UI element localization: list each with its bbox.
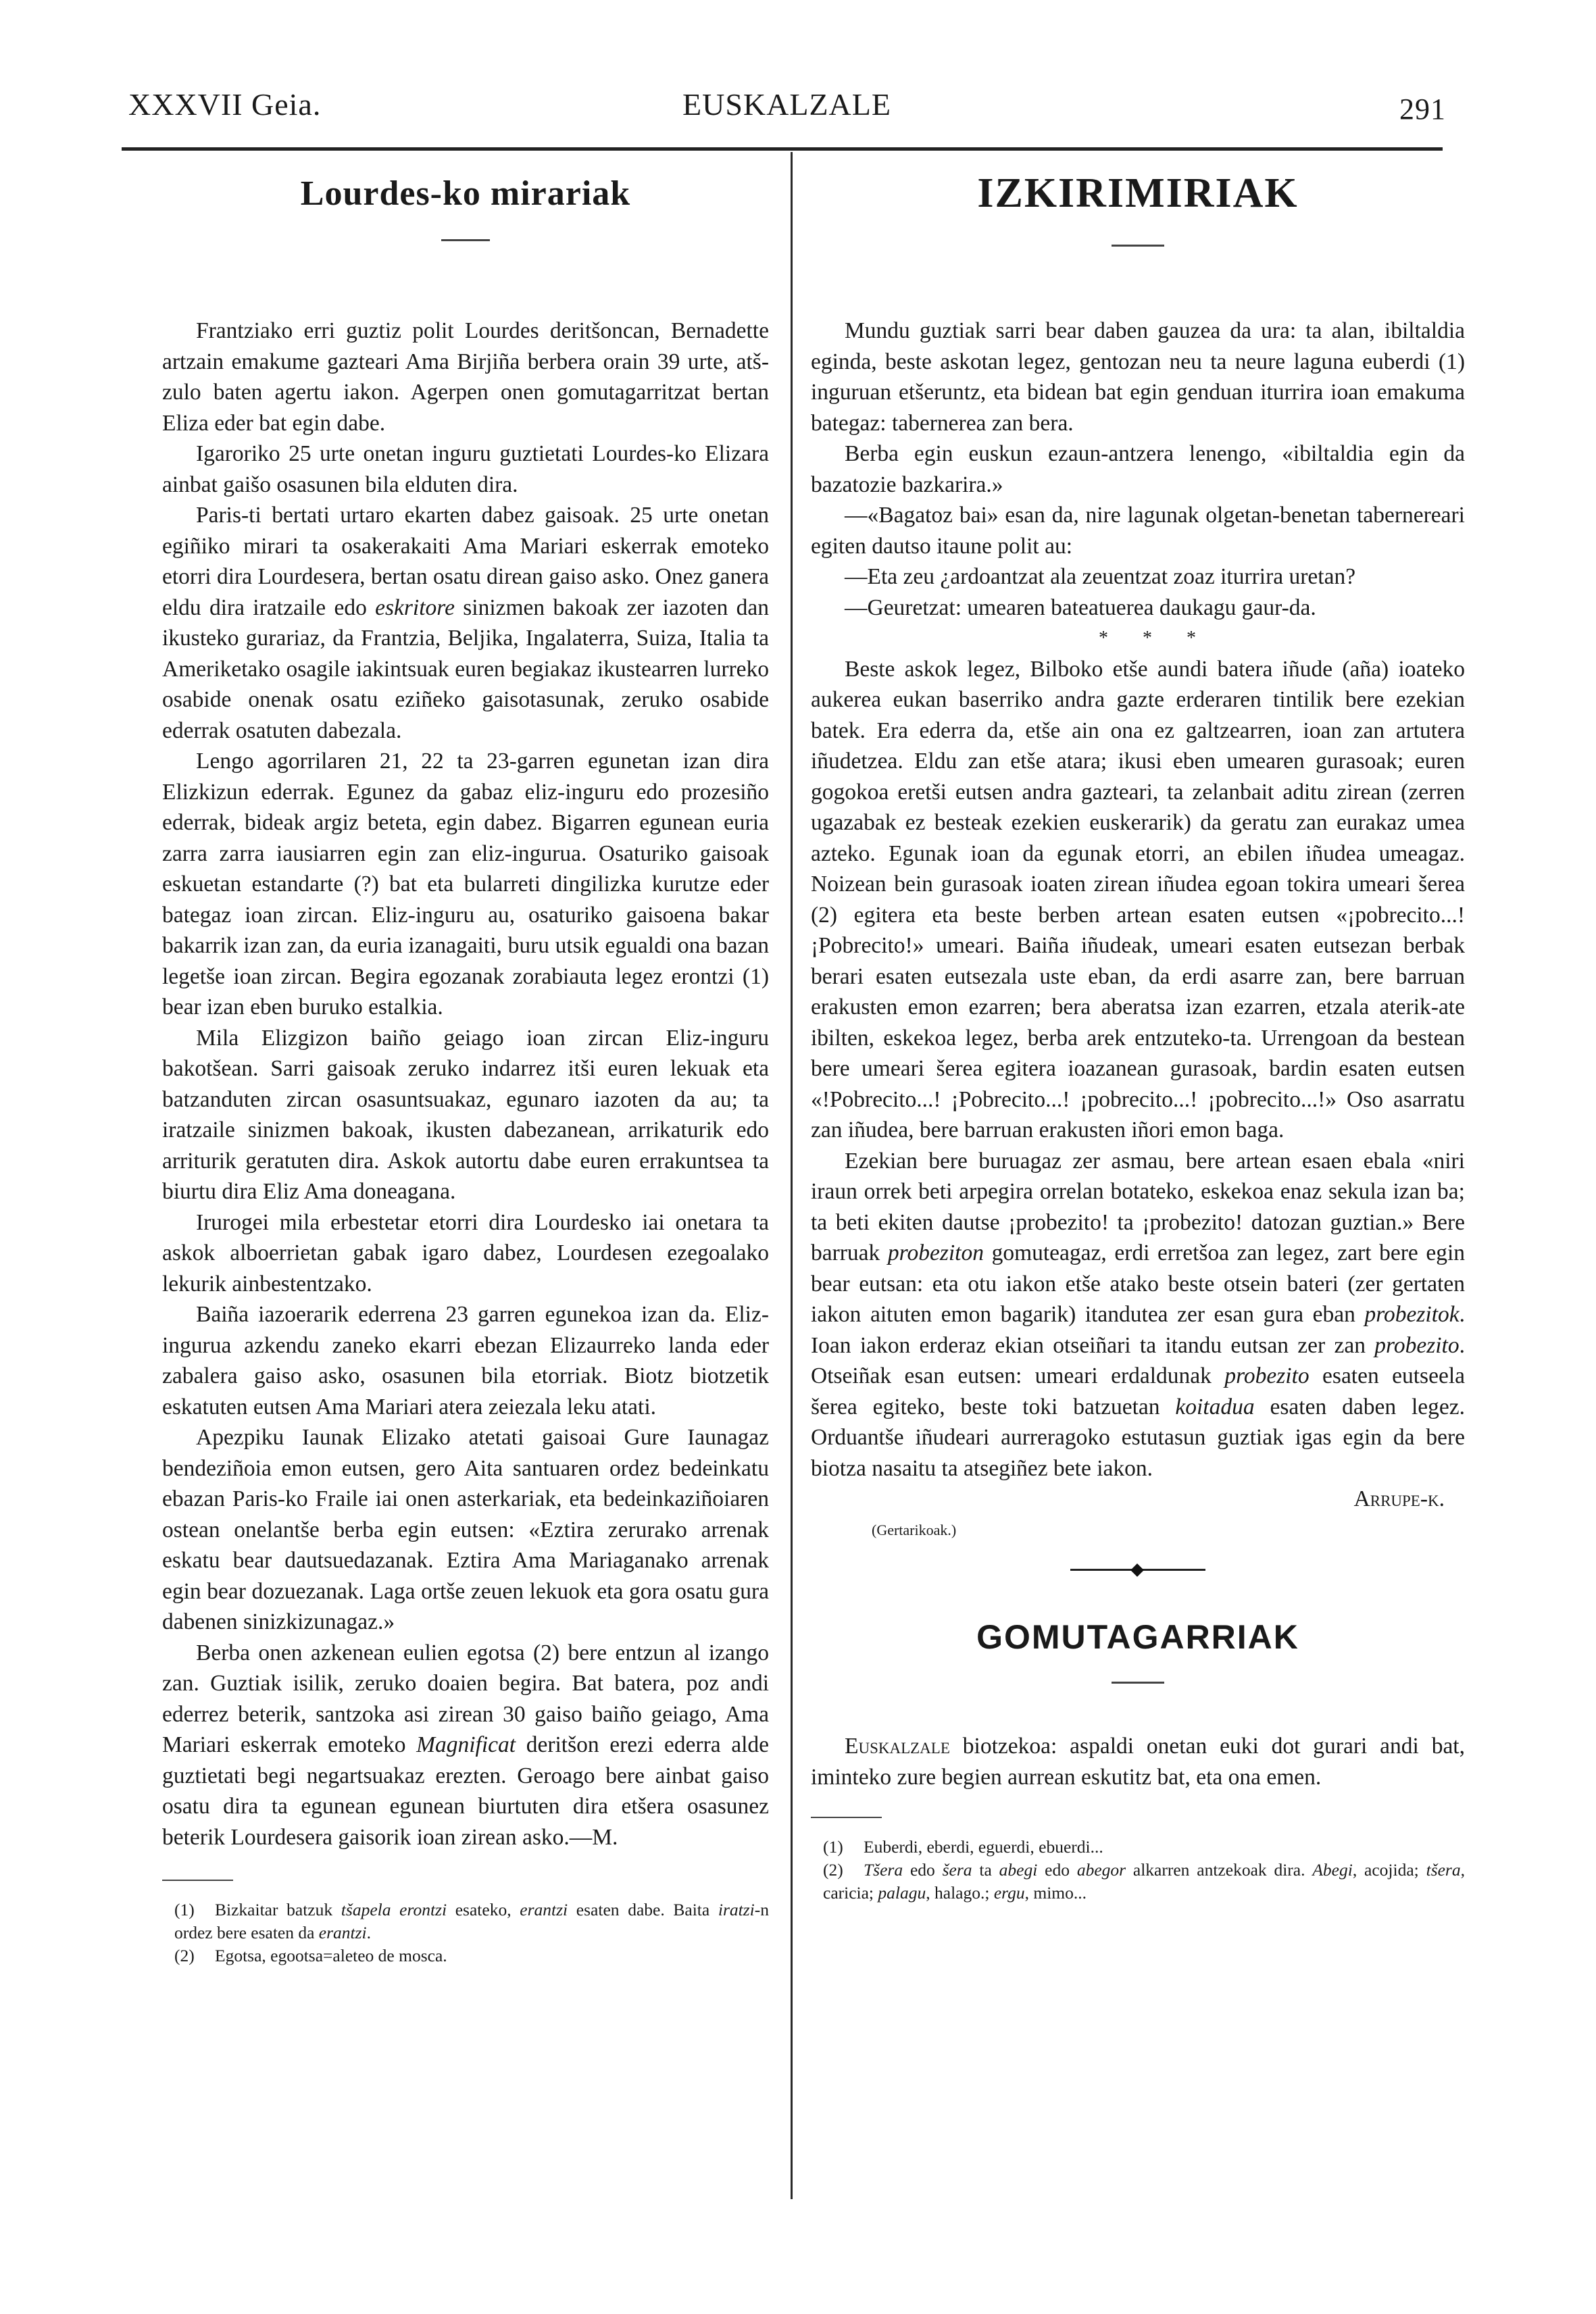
paragraph: Apezpiku Iaunak Elizako atetati gaisoai … [162,1422,769,1638]
header-rule [122,147,1443,151]
footnote-2: (2)Egotsa, egootsa=aleteo de mosca. [162,1944,769,1967]
article-title-izkirimiriak: IZKIRIMIRIAK [811,178,1465,232]
italic-term: Magnificat [416,1732,516,1757]
left-column: Lourdes-ko mirariak Frantziako erri guzt… [162,176,769,1967]
footnote-1: (1)Euberdi, eberdi, eguerdi, ebuerdi... [811,1836,1465,1859]
footnote-rule [162,1880,233,1881]
source-note: (Gertarikoak.) [811,1515,1465,1546]
ornament-divider [1070,1565,1205,1575]
paragraph: Ezekian bere buruagaz zer asmau, bere ar… [811,1146,1465,1484]
paragraph: Mundu guztiak sarri bear daben gauzea da… [811,316,1465,438]
italic-term: eskritore [375,595,455,620]
footnotes-left: (1)Bizkaitar batzuk tšapela erontzi esat… [162,1898,769,1967]
paragraph: Igaroriko 25 urte onetan inguru guztieta… [162,438,769,500]
paragraph: —Eta zeu ¿ardoantzat ala zeuentzat zoaz … [811,561,1465,593]
section-separator-stars: * * * [811,623,1465,654]
column-divider [791,152,793,2199]
running-head: XXXVII Geia. EUSKALZALE 291 [128,80,1446,134]
footnote-1: (1)Bizkaitar batzuk tšapela erontzi esat… [162,1898,769,1944]
salutation: Euskalzale [845,1734,950,1759]
right-column: IZKIRIMIRIAK Mundu guztiak sarri bear da… [811,176,1465,1905]
footnote-2: (2)Tšera edo šera ta abegi edo abegor al… [811,1859,1465,1905]
journal-title: EUSKALZALE [682,86,891,122]
paragraph: Paris-ti bertati urtaro ekarten dabez ga… [162,500,769,746]
paragraph: Frantziako erri guztiz polit Lourdes der… [162,316,769,438]
paragraph: —Geuretzat: umearen bateatuerea daukagu … [811,593,1465,624]
paragraph: Lengo agorrilaren 21, 22 ta 23-garren eg… [162,746,769,1023]
paragraph: Beste askok legez, Bilboko etše aundi ba… [811,654,1465,1146]
paragraph: Berba onen azkenean eulien egotsa (2) be… [162,1638,769,1853]
article-title-lourdes: Lourdes-ko mirariak [162,178,769,227]
paragraph: Irurogei mila erbestetar etorri dira Lou… [162,1207,769,1300]
article-title-gomutagarriak: GOMUTAGARRIAK [811,1622,1465,1669]
footnotes-right: (1)Euberdi, eberdi, eguerdi, ebuerdi... … [811,1836,1465,1905]
paragraph: Berba egin euskun ezaun-antzera lenengo,… [811,438,1465,500]
volume-label: XXXVII Geia. [128,86,321,122]
footnote-rule [811,1817,882,1818]
paragraph: Mila Elizgizon baiño geiago ioan zircan … [162,1023,769,1207]
paragraph: Baiña iazoerarik ederrena 23 garren egun… [162,1299,769,1422]
paragraph: Euskalzale biotzekoa: aspaldi onetan euk… [811,1731,1465,1792]
author-signature: Arrupe-k. [811,1484,1465,1515]
paragraph: —«Bagatoz bai» esan da, nire lagunak olg… [811,500,1465,561]
page-number: 291 [1399,92,1446,126]
